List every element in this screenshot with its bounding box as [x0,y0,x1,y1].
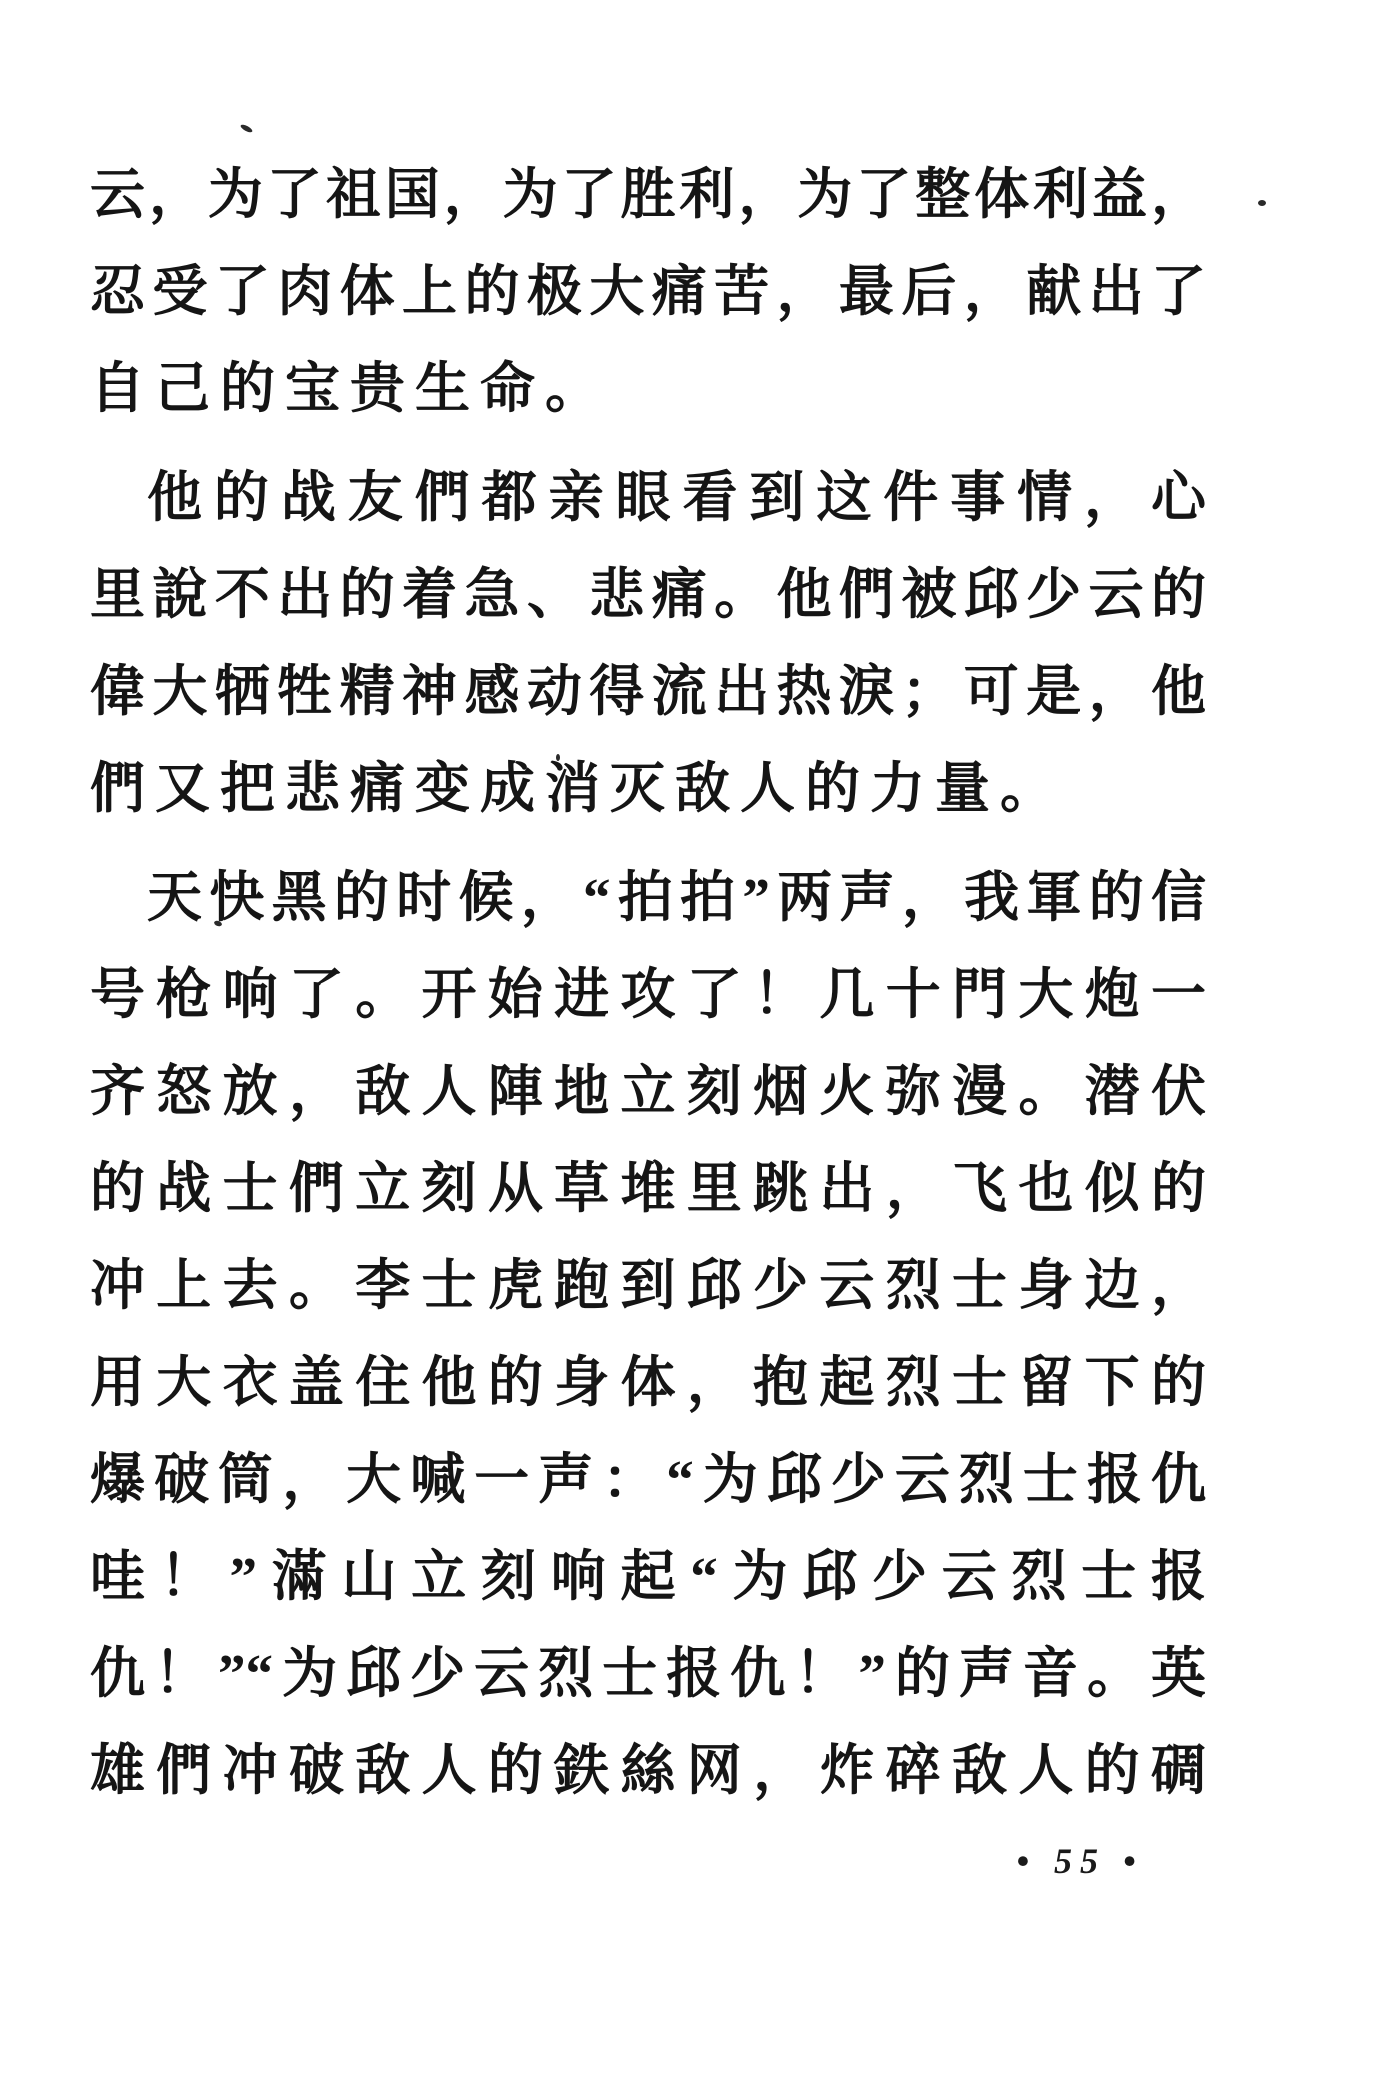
text-line-9: 号枪响了。开始进攻了！几十門大炮一 [90,946,1206,1043]
text-line-3: 自己的宝贵生命。 [90,340,1206,437]
text-block: 云，为了祖国，为了胜利，为了整体利益， 忍受了肉体上的极大痛苦，最后，献出了 自… [90,146,1206,1819]
text-line-6: 偉大牺牲精神感动得流出热淚；可是，他 [90,643,1206,740]
text-line-2: 忍受了肉体上的极大痛苦，最后，献出了 [90,243,1206,340]
text-line-16: 仇！”“为邱少云烈士报仇！”的声音。英 [90,1625,1206,1722]
text-line-15: 哇！”滿山立刻响起“为邱少云烈士报 [90,1528,1206,1625]
text-line-10: 齐怒放，敌人陣地立刻烟火弥漫。潜伏 [90,1043,1206,1140]
text-line-17: 雄們冲破敌人的鉄絲网，炸碎敌人的碉 [90,1722,1206,1819]
text-line-14: 爆破筒，大喊一声：“为邱少云烈士报仇 [90,1431,1206,1528]
text-line-4: 他的战友們都亲眼看到这件事情，心 [90,449,1206,546]
scan-speck [1258,200,1266,206]
scan-speck [240,123,254,134]
scan-speck [556,754,560,761]
text-line-5: 里說不出的着急、悲痛。他們被邱少云的 [90,546,1206,643]
text-line-12: 冲上去。李士虎跑到邱少云烈士身边， [90,1237,1206,1334]
text-line-13: 用大衣盖住他的身体，抱起烈士留下的 [90,1334,1206,1431]
text-line-1: 云，为了祖国，为了胜利，为了整体利益， [90,146,1206,243]
text-line-8: 天快黑的时候，“拍拍”两声，我軍的信 [90,849,1206,946]
book-page: 云，为了祖国，为了胜利，为了整体利益， 忍受了肉体上的极大痛苦，最后，献出了 自… [0,0,1376,2092]
page-number: • 55 • [1000,1840,1160,1882]
scan-speck [857,1379,863,1385]
text-line-7: 們又把悲痛变成消灭敌人的力量。 [90,740,1206,837]
text-line-11: 的战士們立刻从草堆里跳出，飞也似的 [90,1140,1206,1237]
